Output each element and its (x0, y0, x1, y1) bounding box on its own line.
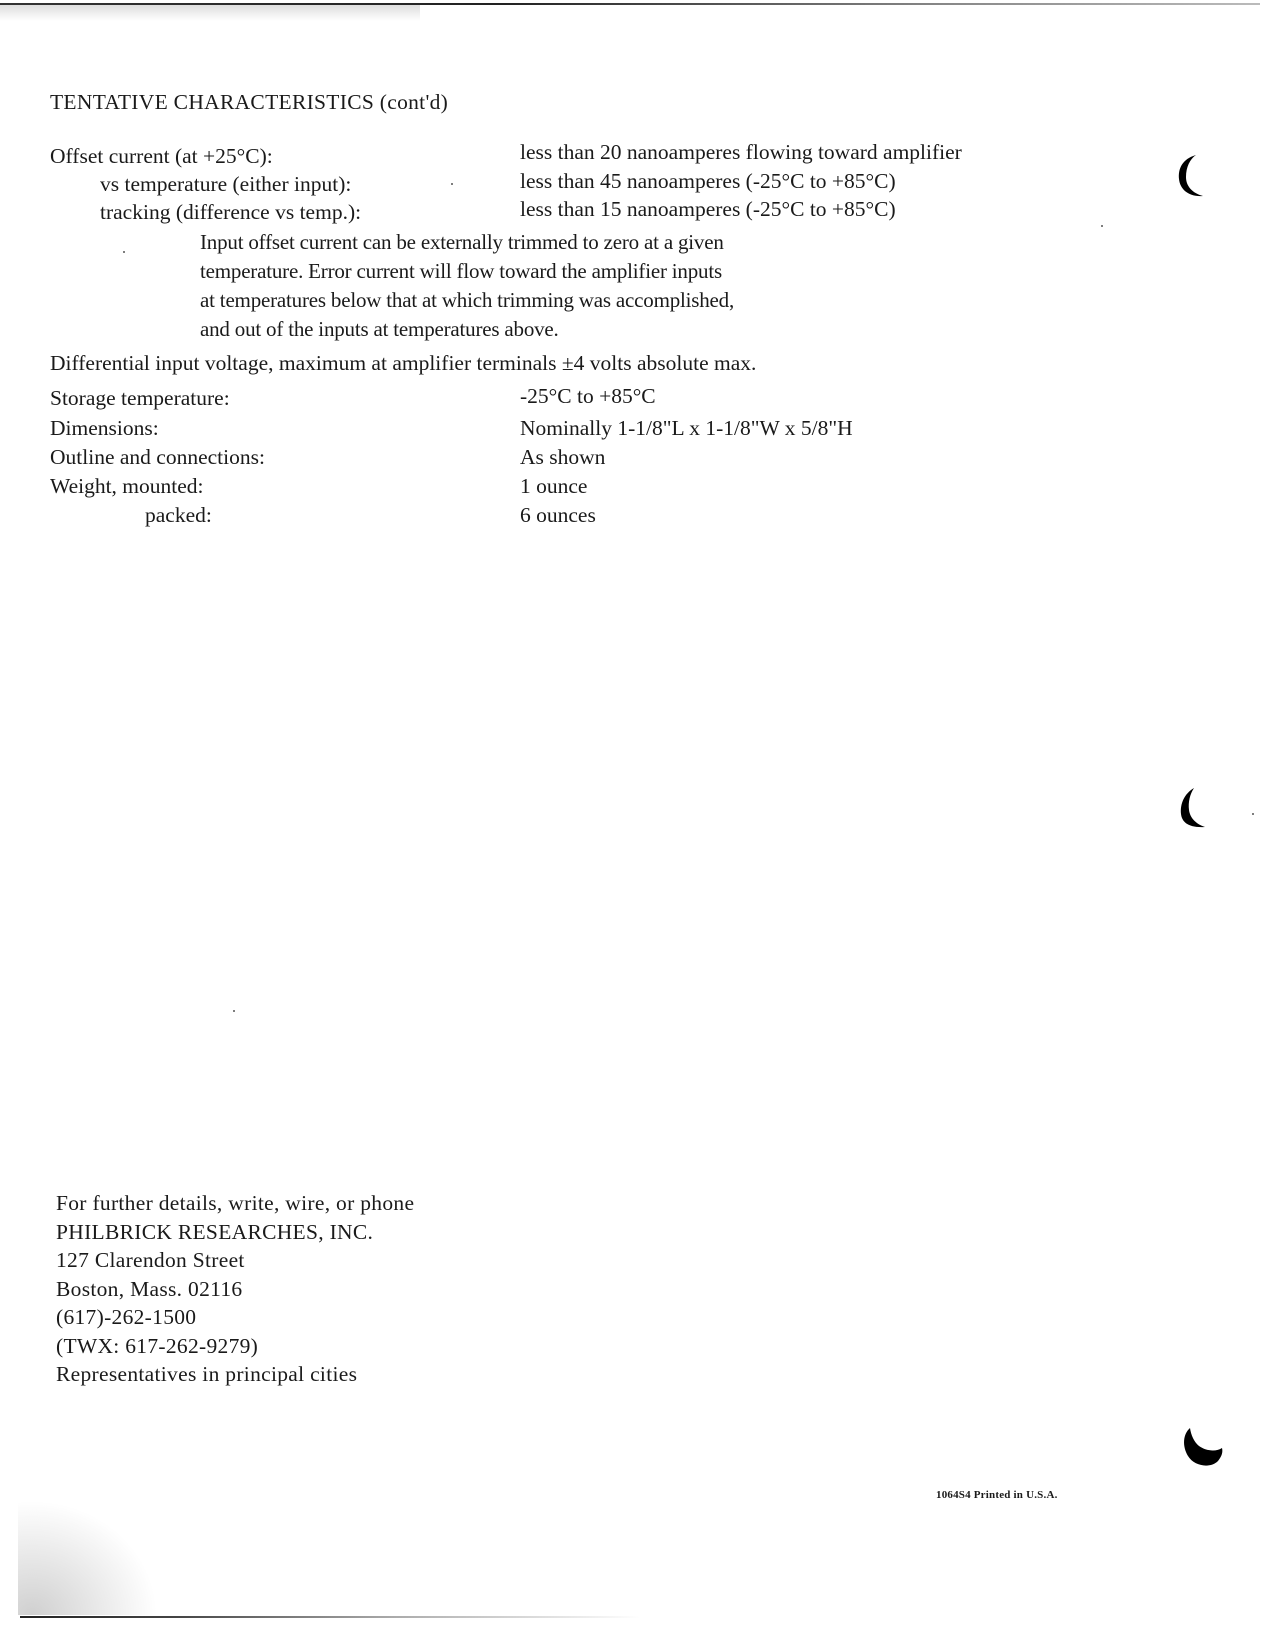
spec-value: Nominally 1-1/8"L x 1-1/8"W x 5/8"H (520, 418, 853, 440)
company-name: PHILBRICK RESEARCHES, INC. (56, 1222, 373, 1244)
tracking-label: tracking (difference vs temp.): (100, 202, 361, 224)
offset-note-line: and out of the inputs at temperatures ab… (200, 319, 559, 340)
binder-hole-icon (1180, 1426, 1226, 1470)
scan-speck (1252, 813, 1254, 815)
vs-temperature-value: less than 45 nanoamperes (-25°C to +85°C… (520, 171, 896, 193)
section-heading: TENTATIVE CHARACTERISTICS (cont'd) (50, 92, 448, 114)
print-code: 1064S4 Printed in U.S.A. (936, 1489, 1058, 1501)
spec-label: Outline and connections: (50, 447, 265, 469)
binder-hole-icon (1178, 786, 1212, 832)
contact-line: For further details, write, wire, or pho… (56, 1193, 414, 1215)
address-street: 127 Clarendon Street (56, 1250, 245, 1272)
tracking-value: less than 15 nanoamperes (-25°C to +85°C… (520, 199, 896, 221)
spec-value: -25°C to +85°C (520, 386, 656, 408)
scan-noise (18, 1500, 158, 1615)
scan-speck (1101, 225, 1103, 227)
spec-value: 1 ounce (520, 476, 587, 498)
spec-label: packed: (145, 505, 212, 527)
spec-label: Storage temperature: (50, 388, 230, 410)
scan-noise (0, 5, 420, 21)
spec-value: As shown (520, 447, 605, 469)
binder-hole-icon (1176, 153, 1210, 199)
scan-speck (451, 183, 453, 185)
spec-label: Weight, mounted: (50, 476, 204, 498)
scan-speck (123, 251, 125, 253)
document-page: TENTATIVE CHARACTERISTICS (cont'd) Offse… (0, 0, 1275, 1629)
address-city: Boston, Mass. 02116 (56, 1279, 242, 1301)
offset-current-label: Offset current (at +25°C): (50, 146, 273, 168)
spec-label: Dimensions: (50, 418, 159, 440)
offset-current-value: less than 20 nanoamperes flowing toward … (520, 142, 962, 164)
spec-value: 6 ounces (520, 505, 596, 527)
scan-bottom-edge (20, 1616, 640, 1618)
differential-input-line: Differential input voltage, maximum at a… (50, 353, 756, 375)
offset-note-line: at temperatures below that at which trim… (200, 290, 734, 311)
scan-speck (233, 1010, 235, 1012)
offset-note-line: temperature. Error current will flow tow… (200, 261, 722, 282)
vs-temperature-label: vs temperature (either input): (100, 174, 351, 196)
twx-number: (TWX: 617-262-9279) (56, 1336, 258, 1358)
phone-number: (617)-262-1500 (56, 1307, 196, 1329)
representatives-line: Representatives in principal cities (56, 1364, 357, 1386)
offset-note-line: Input offset current can be externally t… (200, 232, 724, 253)
